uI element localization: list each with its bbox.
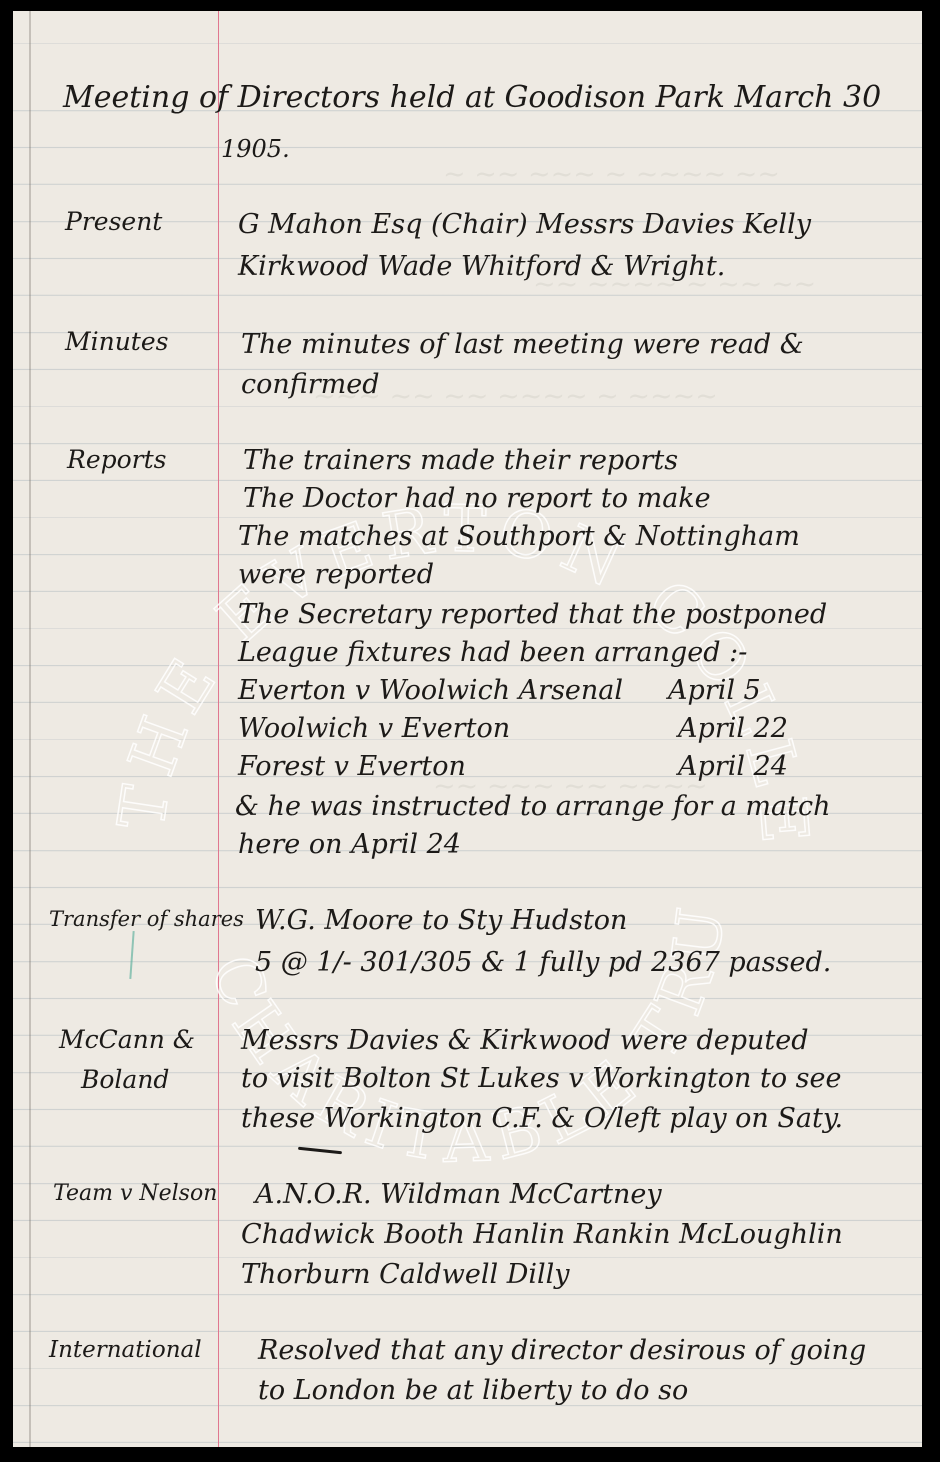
fixture-date: April 5 [668, 677, 761, 704]
reports-line-4: were reported [238, 561, 434, 588]
fixture-date: April 24 [678, 753, 788, 780]
mccann-boland-line-1: Messrs Davies & Kirkwood were deputed [241, 1027, 809, 1054]
present-line-2: Kirkwood Wade Whitford & Wright. [238, 253, 725, 280]
international-line-2: to London be at liberty to do so [258, 1377, 688, 1404]
team-label: Team v Nelson [53, 1183, 217, 1205]
minutes-line-2: confirmed [241, 371, 380, 398]
minute-book-page: ~ ~~ ~~~ ~ ~~~~ ~~ ~~ ~~~~ ~ ~~ ~~ ~~~ ~… [13, 11, 922, 1447]
team-line-2: Chadwick Booth Hanlin Rankin McLoughlin [241, 1221, 843, 1248]
international-line-1: Resolved that any director desirous of g… [258, 1337, 866, 1364]
reports-line-1: The trainers made their reports [243, 447, 678, 474]
mccann-boland-label-1: McCann & [59, 1027, 195, 1052]
transfer-line-2: 5 @ 1/- 301/305 & 1 fully pd 2367 passed… [255, 949, 831, 976]
fixture-match: Everton v Woolwich Arsenal [238, 677, 623, 704]
team-line-3: Thorburn Caldwell Dilly [241, 1261, 570, 1288]
present-line-1: G Mahon Esq (Chair) Messrs Davies Kelly [238, 211, 811, 238]
mccann-boland-line-2: to visit Bolton St Lukes v Workington to… [241, 1065, 842, 1092]
red-margin-line [218, 11, 219, 1447]
fixture-match: Forest v Everton [238, 753, 466, 780]
reports-line-3: The matches at Southport & Nottingham [238, 523, 800, 550]
fixture-date: April 22 [678, 715, 788, 742]
present-label: Present [65, 209, 162, 234]
mccann-boland-label-2: Boland [81, 1067, 169, 1092]
team-line-1: A.N.O.R. Wildman McCartney [255, 1181, 662, 1208]
reports-line-6: League fixtures had been arranged :- [238, 639, 747, 666]
transfer-line-1: W.G. Moore to Sty Hudston [255, 907, 627, 934]
meeting-heading-year: 1905. [221, 137, 290, 161]
binding-gutter-line [29, 11, 31, 1447]
reports-closing-line-1: & he was instructed to arrange for a mat… [235, 793, 830, 820]
transfer-label: Transfer of shares [49, 909, 244, 930]
reports-line-5: The Secretary reported that the postpone… [238, 601, 827, 628]
reports-closing-line-2: here on April 24 [238, 831, 461, 858]
reports-line-2: The Doctor had no report to make [243, 485, 711, 512]
minutes-label: Minutes [65, 329, 168, 354]
minutes-line-1: The minutes of last meeting were read & [241, 331, 804, 358]
mccann-boland-line-3: these Workington C.F. & O/left play on S… [241, 1105, 843, 1132]
fixture-match: Woolwich v Everton [238, 715, 510, 742]
international-label: International [49, 1339, 202, 1362]
meeting-heading-line1: Meeting of Directors held at Goodison Pa… [63, 83, 881, 113]
reports-label: Reports [67, 447, 167, 472]
